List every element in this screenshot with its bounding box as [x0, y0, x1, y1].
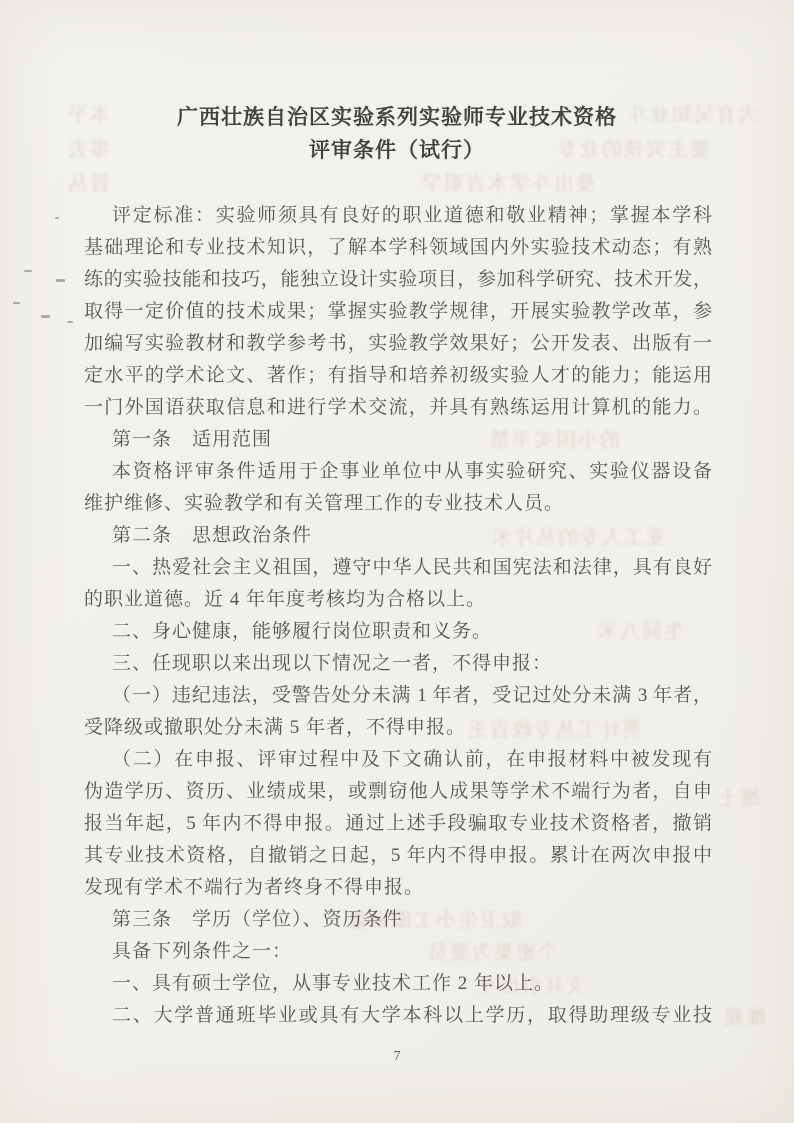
text-line: 第三条 学历（学位）、资历条件 [84, 904, 712, 936]
text-line: 一门外国语获取信息和进行学术交流，并具有熟练运用计算机的能力。 [84, 392, 712, 424]
title-line-2: 评审条件（试行） [0, 134, 794, 167]
text-line: 一、具有硕士学位，从事专业技术工作 2 年以上。 [84, 968, 712, 1000]
text-line: 其专业技术资格，自撤销之日起，5 年内不得申报。累计在两次申报中 [84, 840, 712, 872]
scan-artifact [41, 315, 50, 318]
scan-artifact [24, 270, 32, 272]
document-title: 广西壮族自治区实验系列实验师专业技术资格 评审条件（试行） [0, 101, 794, 167]
text-line: 三、任现职以来出现以下情况之一者，不得申报： [84, 648, 712, 680]
bleedthrough-text: 维雇 [722, 1007, 766, 1029]
text-line: 伪造学历、资历、业绩成果，或剽窃他人成果等学术不端行为者，自申 [84, 776, 712, 808]
text-line: 评定标准：实验师须具有良好的职业道德和敬业精神；掌握本学科 [84, 200, 712, 232]
text-line: 加编写实验教材和教学参考书，实验教学效果好；公开发表、出版有一 [84, 328, 712, 360]
text-line: 二、大学普通班毕业或具有大学本科以上学历，取得助理级专业技 [84, 1000, 712, 1032]
text-line: 受降级或撤职处分未满 5 年者，不得申报。 [84, 712, 712, 744]
title-line-1: 广西壮族自治区实验系列实验师专业技术资格 [0, 101, 794, 134]
text-line: 本资格评审条件适用于企事业单位中从事实验研究、实验仪器设备 [84, 456, 712, 488]
scan-artifact [56, 279, 65, 282]
text-line: 一、热爱社会主义祖国，遵守中华人民共和国宪法和法律，具有良好 [84, 552, 712, 584]
text-line: 定水平的学术论文、著作；有指导和培养初级实验人才的能力；能运用 [84, 360, 712, 392]
text-line: 二、身心健康，能够履行岗位职责和义务。 [84, 616, 712, 648]
scan-artifact [13, 302, 20, 304]
text-line: 基础理论和专业技术知识，了解本学科领域国内外实验技术动态；有熟 [84, 232, 712, 264]
text-line: 报当年起，5 年内不得申报。通过上述手段骗取专业技术资格者，撤销 [84, 808, 712, 840]
bleedthrough-text: 曼出斗学木吉艰罕 [420, 173, 596, 195]
text-line: 发现有学术不端行为者终身不得申报。 [84, 872, 712, 904]
text-line: 第二条 思想政治条件 [84, 520, 712, 552]
scan-artifact [55, 217, 59, 219]
text-line: 取得一定价值的技术成果；掌握实验教学规律，开展实验教学改革，参 [84, 296, 712, 328]
page-number: 7 [0, 1048, 794, 1066]
text-line: 的职业道德。近 4 年年度考核均为合格以上。 [84, 584, 712, 616]
document-page: 大育吴知业斗本平要主究顸的业专零去曼出斗学木吉艰罕晋丛的小国实平禁亚工人专的丛片… [0, 0, 794, 1123]
text-line: 练的实验技能和技巧，能独立设计实验项目，参加科学研究、技术开发， [84, 264, 712, 296]
scan-artifact [67, 321, 73, 323]
bleedthrough-text: 晋丛 [66, 173, 110, 195]
text-line: 维护维修、实验教学和有关管理工作的专业技术人员。 [84, 488, 712, 520]
bleedthrough-text: 维土 [716, 788, 760, 810]
body-text: 评定标准：实验师须具有良好的职业道德和敬业精神；掌握本学科基础理论和专业技术知识… [84, 200, 712, 1032]
text-line: （一）违纪违法，受警告处分未满 1 年者，受记过处分未满 3 年者， [84, 680, 712, 712]
text-line: （二）在申报、评审过程中及下文确认前，在申报材料中被发现有 [84, 744, 712, 776]
text-line: 具备下列条件之一： [84, 936, 712, 968]
text-line: 第一条 适用范围 [84, 424, 712, 456]
